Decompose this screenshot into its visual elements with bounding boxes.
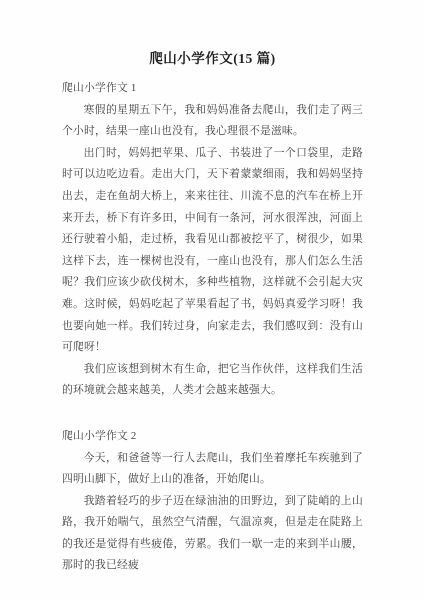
essay-1-heading: 爬山小学作文 1 xyxy=(62,78,363,100)
essay-2-heading: 爬山小学作文 2 xyxy=(62,426,363,448)
essay-document-page: 爬山小学作文(15 篇) 爬山小学作文 1 寒假的星期五下午，我和妈妈准备去爬山… xyxy=(0,0,424,600)
essay-1-paragraph-1: 寒假的星期五下午，我和妈妈准备去爬山，我们走了两三个小时，结果一座山也没有，我心… xyxy=(62,100,363,143)
essay-2-paragraph-1: 今天，和爸爸等一行人去爬山，我们坐着摩托车疾驰到了四明山脚下，做好上山的准备，开… xyxy=(62,448,363,491)
essay-2-paragraph-2: 我踏着轻巧的步子迈在绿油油的田野边，到了陡峭的上山路，我开始喘气，虽然空气清醒，… xyxy=(62,491,363,577)
essay-1-paragraph-3: 我们应该想到树木有生命，把它当作伙伴，这样我们生活的环境就会越来越美，人类才会越… xyxy=(62,359,363,402)
essay-1-paragraph-2: 出门时，妈妈把苹果、瓜子、书装进了一个口袋里，走路时可以边吃边看。走出大门，天下… xyxy=(62,143,363,359)
document-title: 爬山小学作文(15 篇) xyxy=(62,50,363,68)
